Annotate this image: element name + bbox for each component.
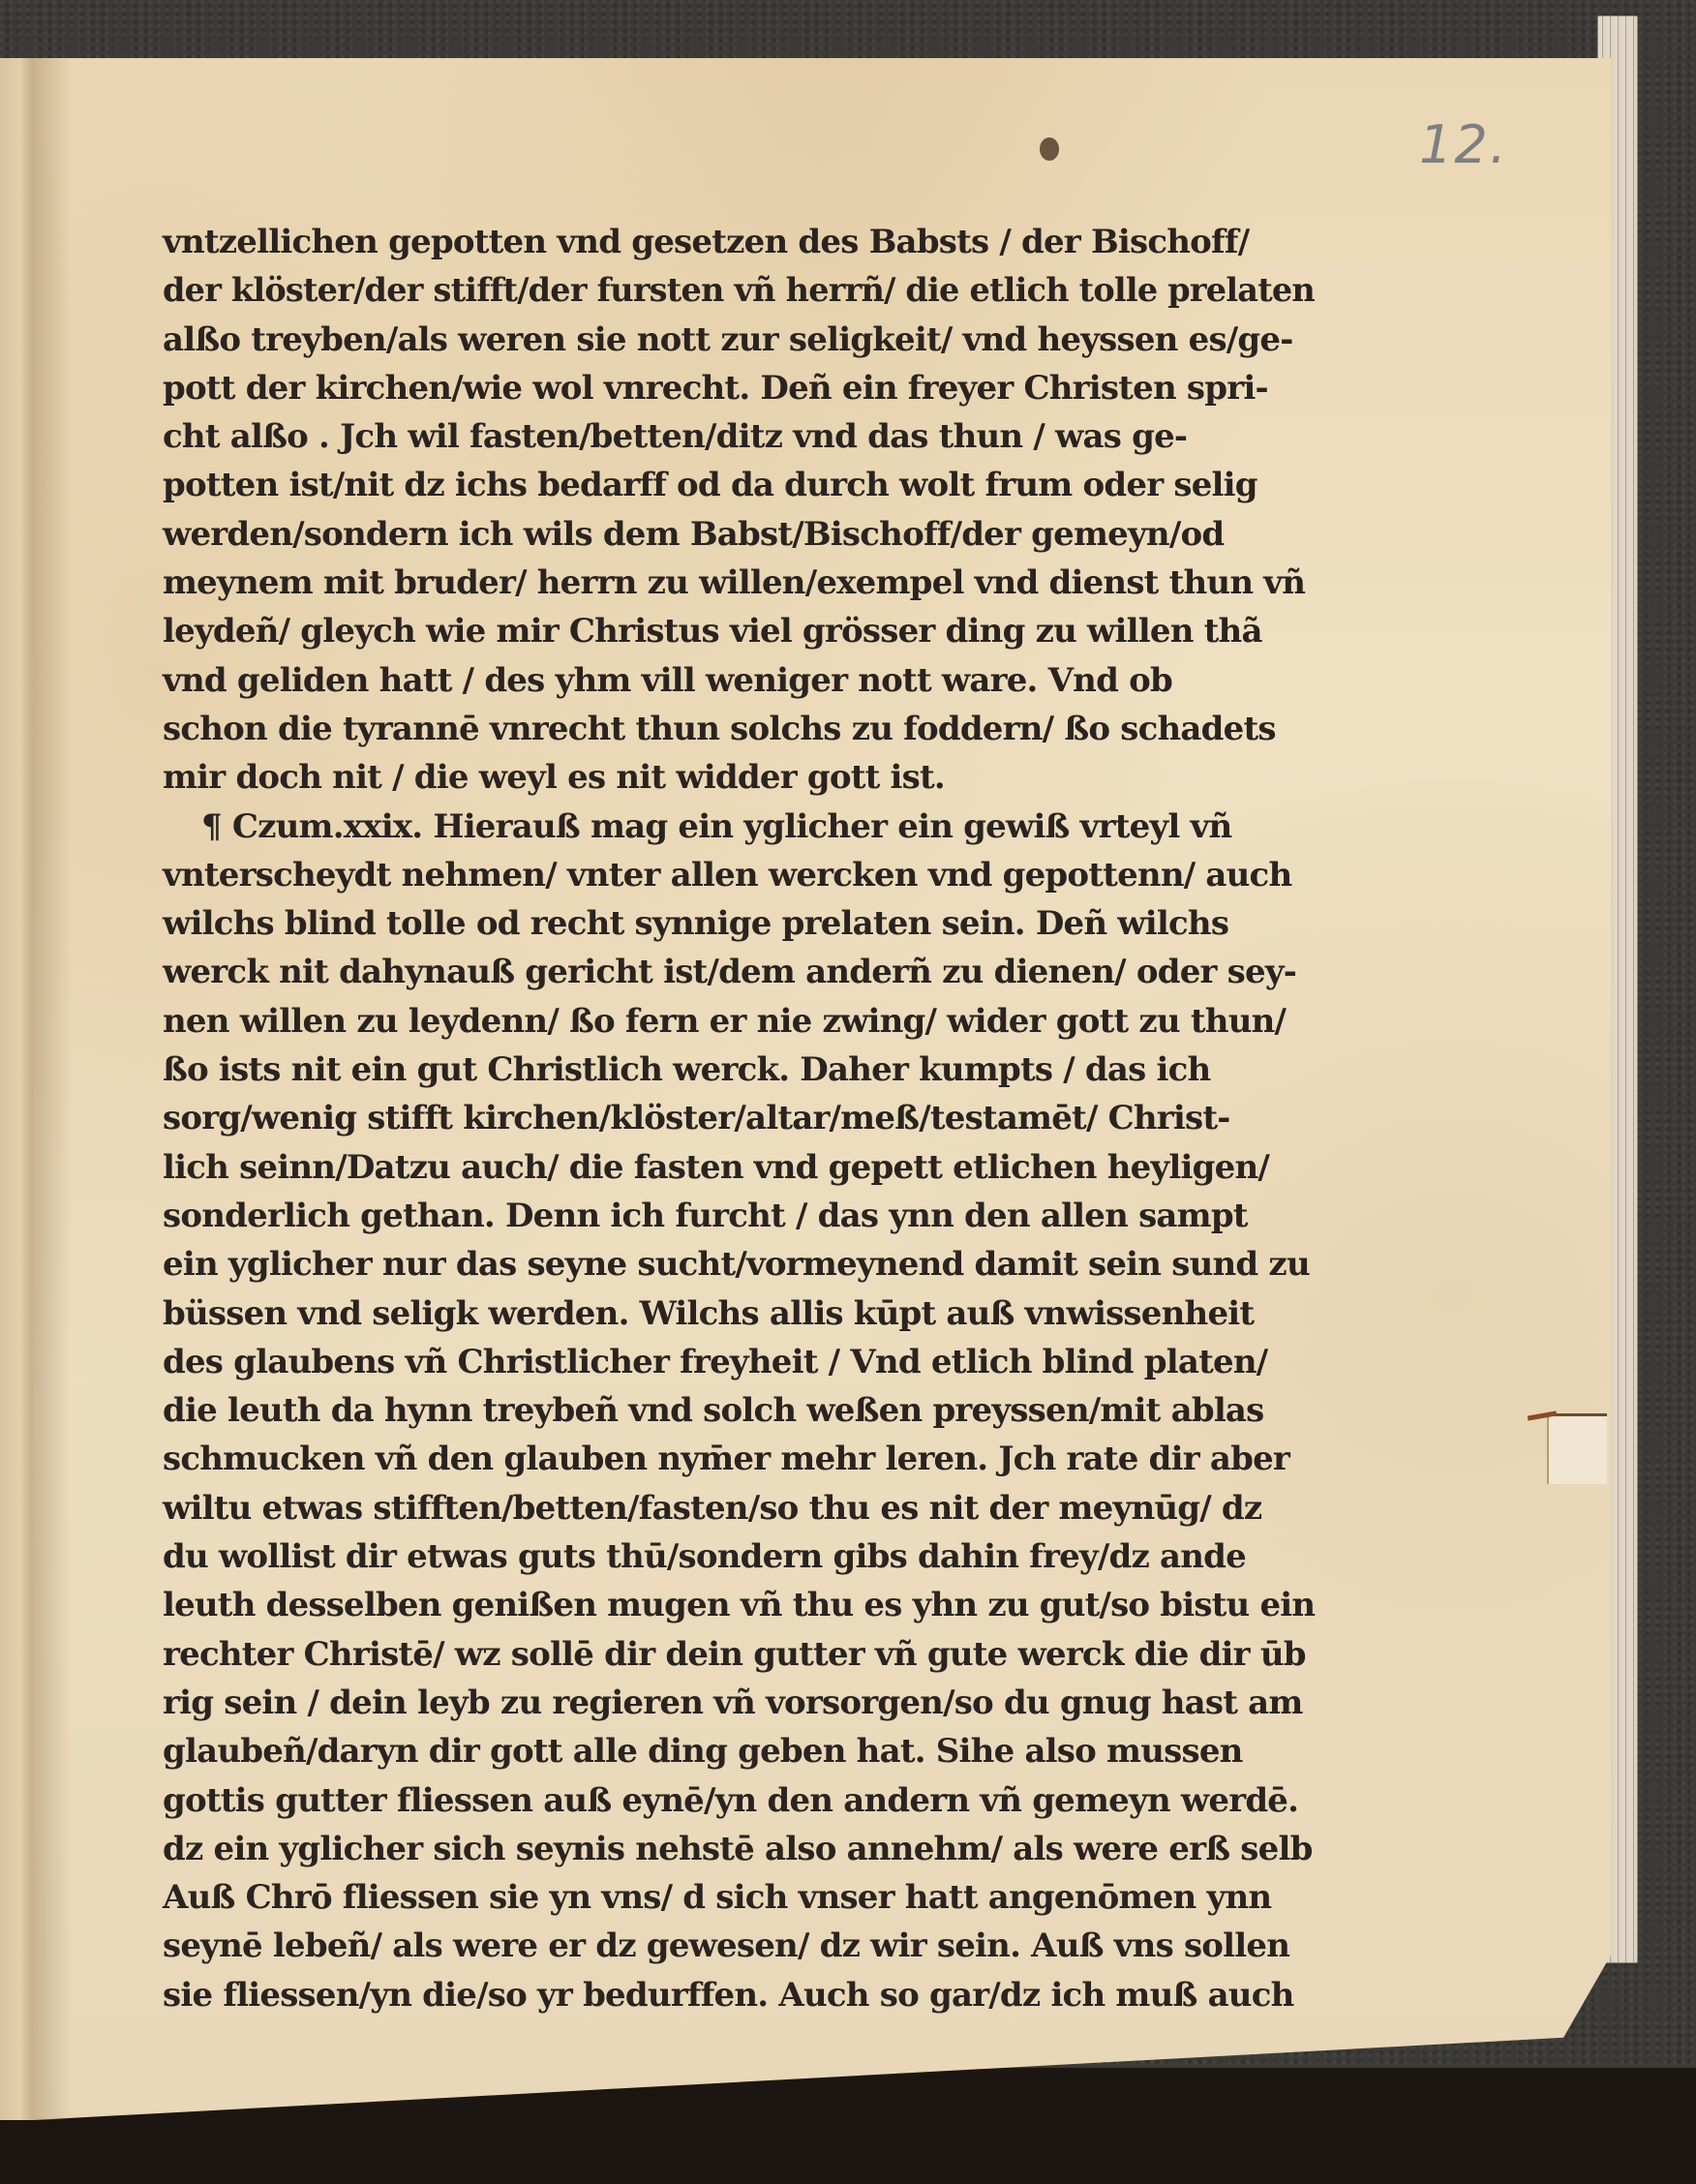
text-line: Auß Chrō fliessen sie yn vns/ d sich vns…: [163, 1873, 1315, 1922]
text-line: leuth desselben genißen mugen vñ thu es …: [163, 1581, 1315, 1629]
text-line: wilchs blind tolle od recht synnige prel…: [163, 899, 1315, 948]
chapter-opening-line: ¶ Czum.xxix. Hierauß mag ein yglicher ei…: [163, 803, 1315, 851]
text-line: du wollist dir etwas guts thū/sondern gi…: [163, 1532, 1315, 1581]
text-line: ßo ists nit ein gut Christlich werck. Da…: [163, 1046, 1315, 1094]
text-line: schmucken vñ den glauben nym̄er mehr ler…: [163, 1435, 1315, 1483]
text-block: vntzellichen gepotten vnd gesetzen des B…: [163, 218, 1315, 2019]
text-line: seynē lebeñ/ als were er dz gewesen/ dz …: [163, 1922, 1315, 1970]
text-line: mir doch nit / die weyl es nit widder go…: [163, 753, 1315, 802]
text-line: rig sein / dein leyb zu regieren vñ vors…: [163, 1679, 1315, 1727]
text-line: sorg/wenig stifft kirchen/klöster/altar/…: [163, 1094, 1315, 1142]
text-line: glaubeñ/daryn dir gott alle ding geben h…: [163, 1727, 1315, 1775]
text-line: sonderlich gethan. Denn ich furcht / das…: [163, 1192, 1315, 1240]
text-line: sie fliessen/yn die/so yr bedurffen. Auc…: [163, 1971, 1315, 2019]
text-line: pott der kirchen/wie wol vnrecht. Deñ ei…: [163, 364, 1315, 412]
text-line: dz ein yglicher sich seynis nehstē also …: [163, 1825, 1315, 1873]
text-line: der klöster/der stifft/der fursten vñ he…: [163, 266, 1315, 315]
text-line: werck nit dahynauß gericht ist/dem ander…: [163, 948, 1315, 996]
text-line: lich seinn/Datzu auch/ die fasten vnd ge…: [163, 1143, 1315, 1192]
folio-number: 12.: [1419, 114, 1508, 175]
text-line: cht alßo . Jch wil fasten/betten/ditz vn…: [163, 412, 1315, 461]
text-line: gottis gutter fliessen auß eynē/yn den a…: [163, 1776, 1315, 1825]
text-line: die leuth da hynn treybeñ vnd solch weße…: [163, 1386, 1315, 1435]
text-line: werden/sondern ich wils dem Babst/Bischo…: [163, 510, 1315, 559]
text-line: wiltu etwas stifften/betten/fasten/so th…: [163, 1484, 1315, 1532]
text-line: büssen vnd seligk werden. Wilchs allis k…: [163, 1289, 1315, 1338]
text-line: alßo treyben/als weren sie nott zur seli…: [163, 316, 1315, 364]
text-line: nen willen zu leydenn/ ßo fern er nie zw…: [163, 997, 1315, 1046]
previous-page-edge: [0, 58, 34, 2120]
ink-spot: [1040, 137, 1059, 161]
page-gutter-shadow: [33, 58, 72, 2120]
text-line: leydeñ/ gleych wie mir Christus viel grö…: [163, 607, 1315, 655]
text-line: vnd geliden hatt / des yhm vill weniger …: [163, 656, 1315, 705]
text-line: schon die tyrannē vnrecht thun solchs zu…: [163, 705, 1315, 753]
page-tear-mark: [1547, 1413, 1607, 1484]
text-line: vnterscheydt nehmen/ vnter allen wercken…: [163, 851, 1315, 899]
text-line: rechter Christē/ wz sollē dir dein gutte…: [163, 1630, 1315, 1679]
text-line: vntzellichen gepotten vnd gesetzen des B…: [163, 218, 1315, 266]
text-line: ein yglicher nur das seyne sucht/vormeyn…: [163, 1240, 1315, 1289]
text-line: potten ist/nit dz ichs bedarff od da dur…: [163, 461, 1315, 509]
text-line: des glaubens vñ Christlicher freyheit / …: [163, 1338, 1315, 1386]
text-line: meynem mit bruder/ herrn zu willen/exemp…: [163, 559, 1315, 607]
